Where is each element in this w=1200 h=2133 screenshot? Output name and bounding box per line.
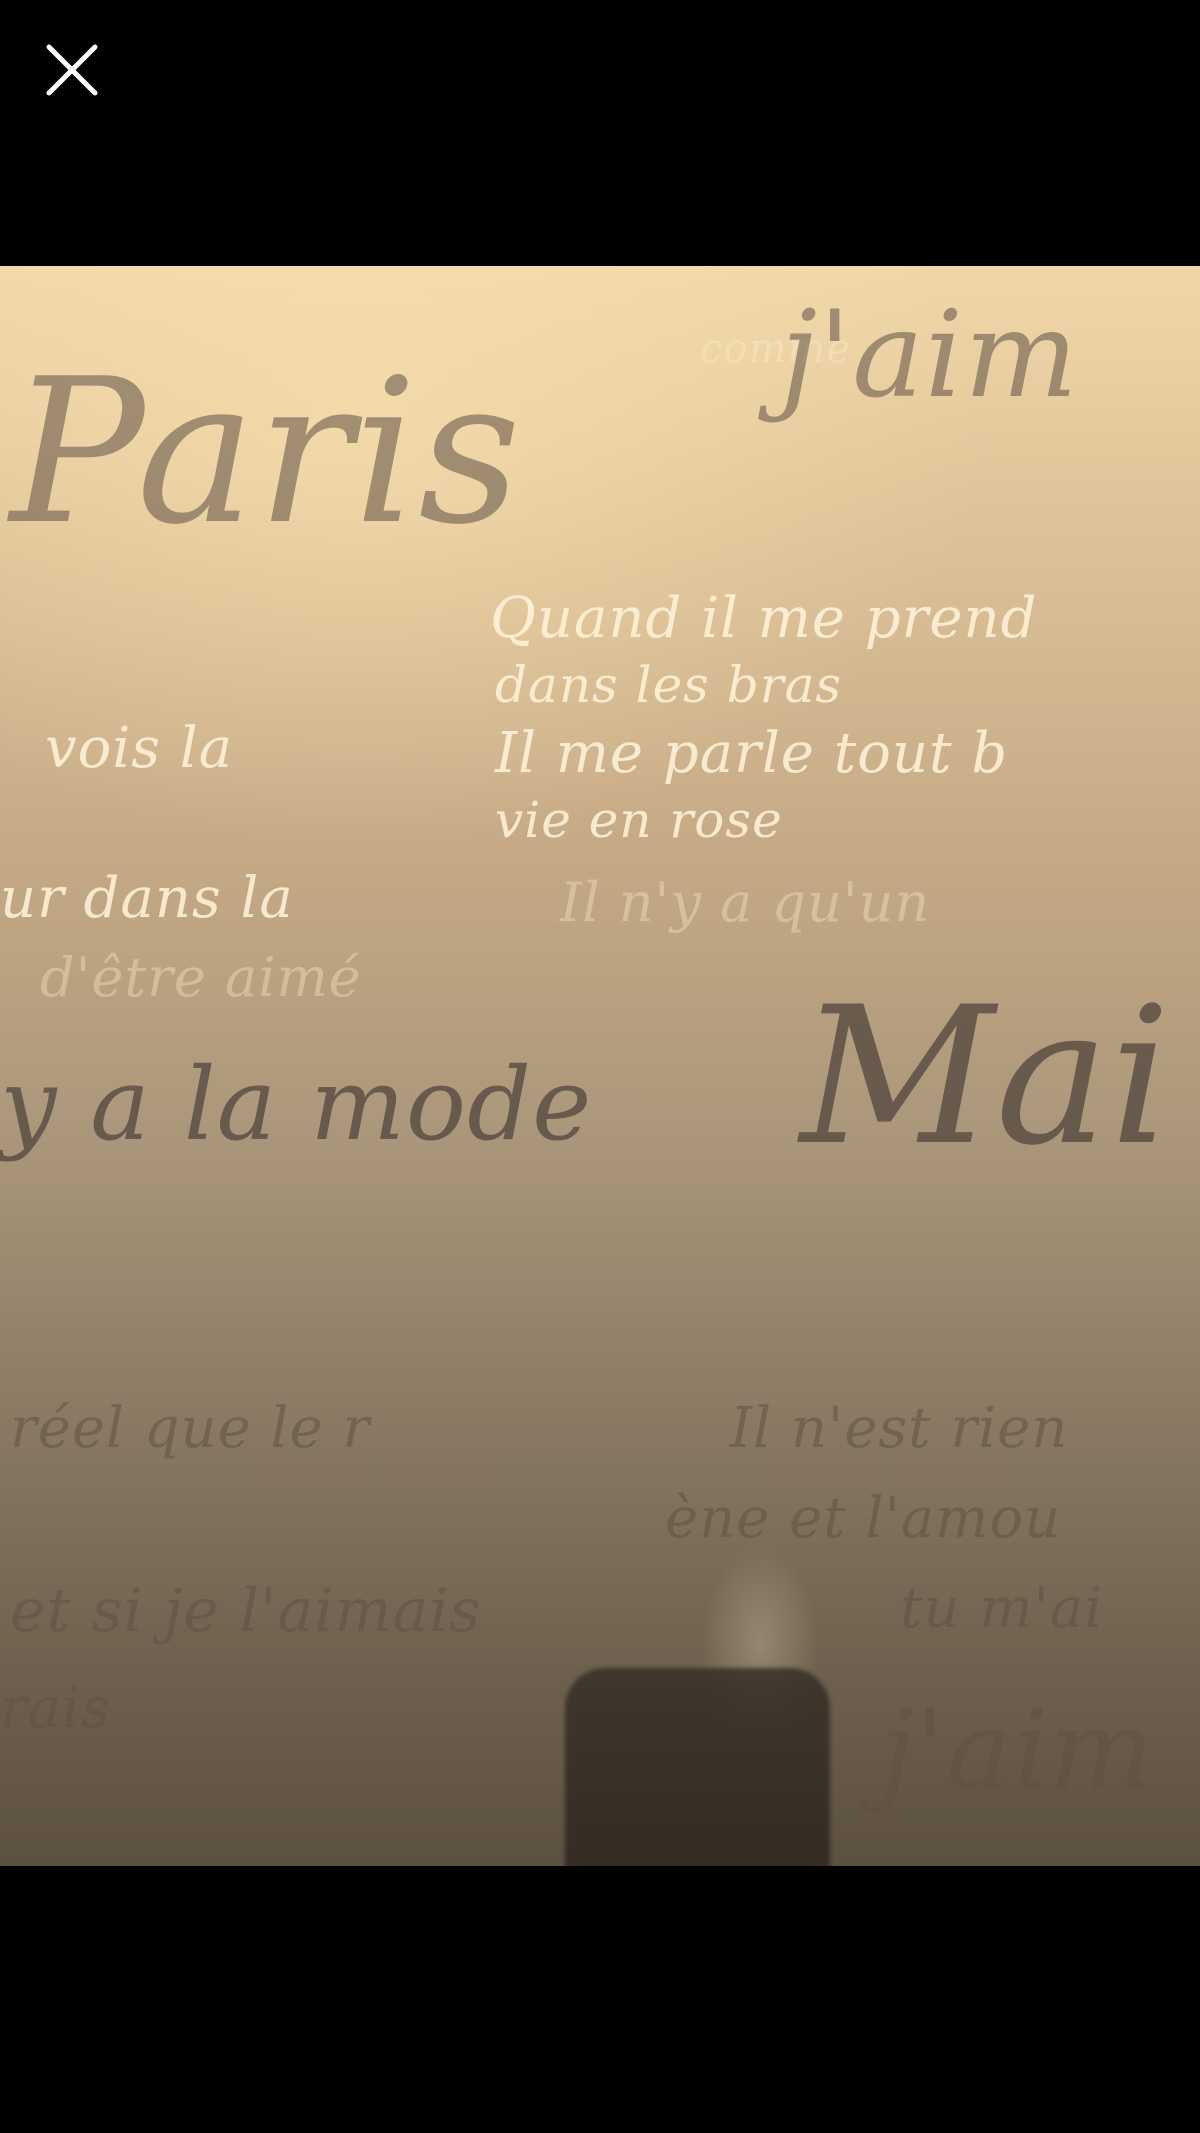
script-text: d'être aimé bbox=[40, 946, 362, 1009]
script-text: Quand il me prend bbox=[490, 586, 1037, 651]
close-button[interactable] bbox=[36, 36, 108, 108]
close-icon bbox=[45, 43, 99, 101]
script-text: ur dans la bbox=[0, 866, 294, 931]
script-text: et si je l'aimais bbox=[10, 1576, 481, 1646]
photo-image[interactable]: comme j'aim Paris Quand il me prend dans… bbox=[0, 266, 1200, 1866]
script-text: vie en rose bbox=[495, 791, 783, 849]
script-text: Paris bbox=[10, 336, 522, 569]
script-text: Il n'est rien bbox=[730, 1396, 1068, 1461]
script-text: réel que le r bbox=[10, 1396, 370, 1461]
script-text: Mai bbox=[800, 966, 1172, 1187]
script-text: ène et l'amou bbox=[665, 1486, 1061, 1551]
script-text: Il n'y a qu'un bbox=[560, 871, 930, 934]
script-text: j'aim bbox=[780, 286, 1079, 425]
script-text: y a la mode bbox=[0, 1046, 592, 1163]
script-text: tu m'ai bbox=[900, 1576, 1103, 1641]
script-text: j'aim bbox=[880, 1686, 1154, 1814]
phone-shadow bbox=[565, 1668, 830, 1866]
script-text: rais bbox=[0, 1676, 111, 1741]
script-text: vois la bbox=[45, 716, 233, 781]
script-text: dans les bras bbox=[495, 656, 842, 714]
script-text: Il me parle tout b bbox=[495, 721, 1008, 786]
